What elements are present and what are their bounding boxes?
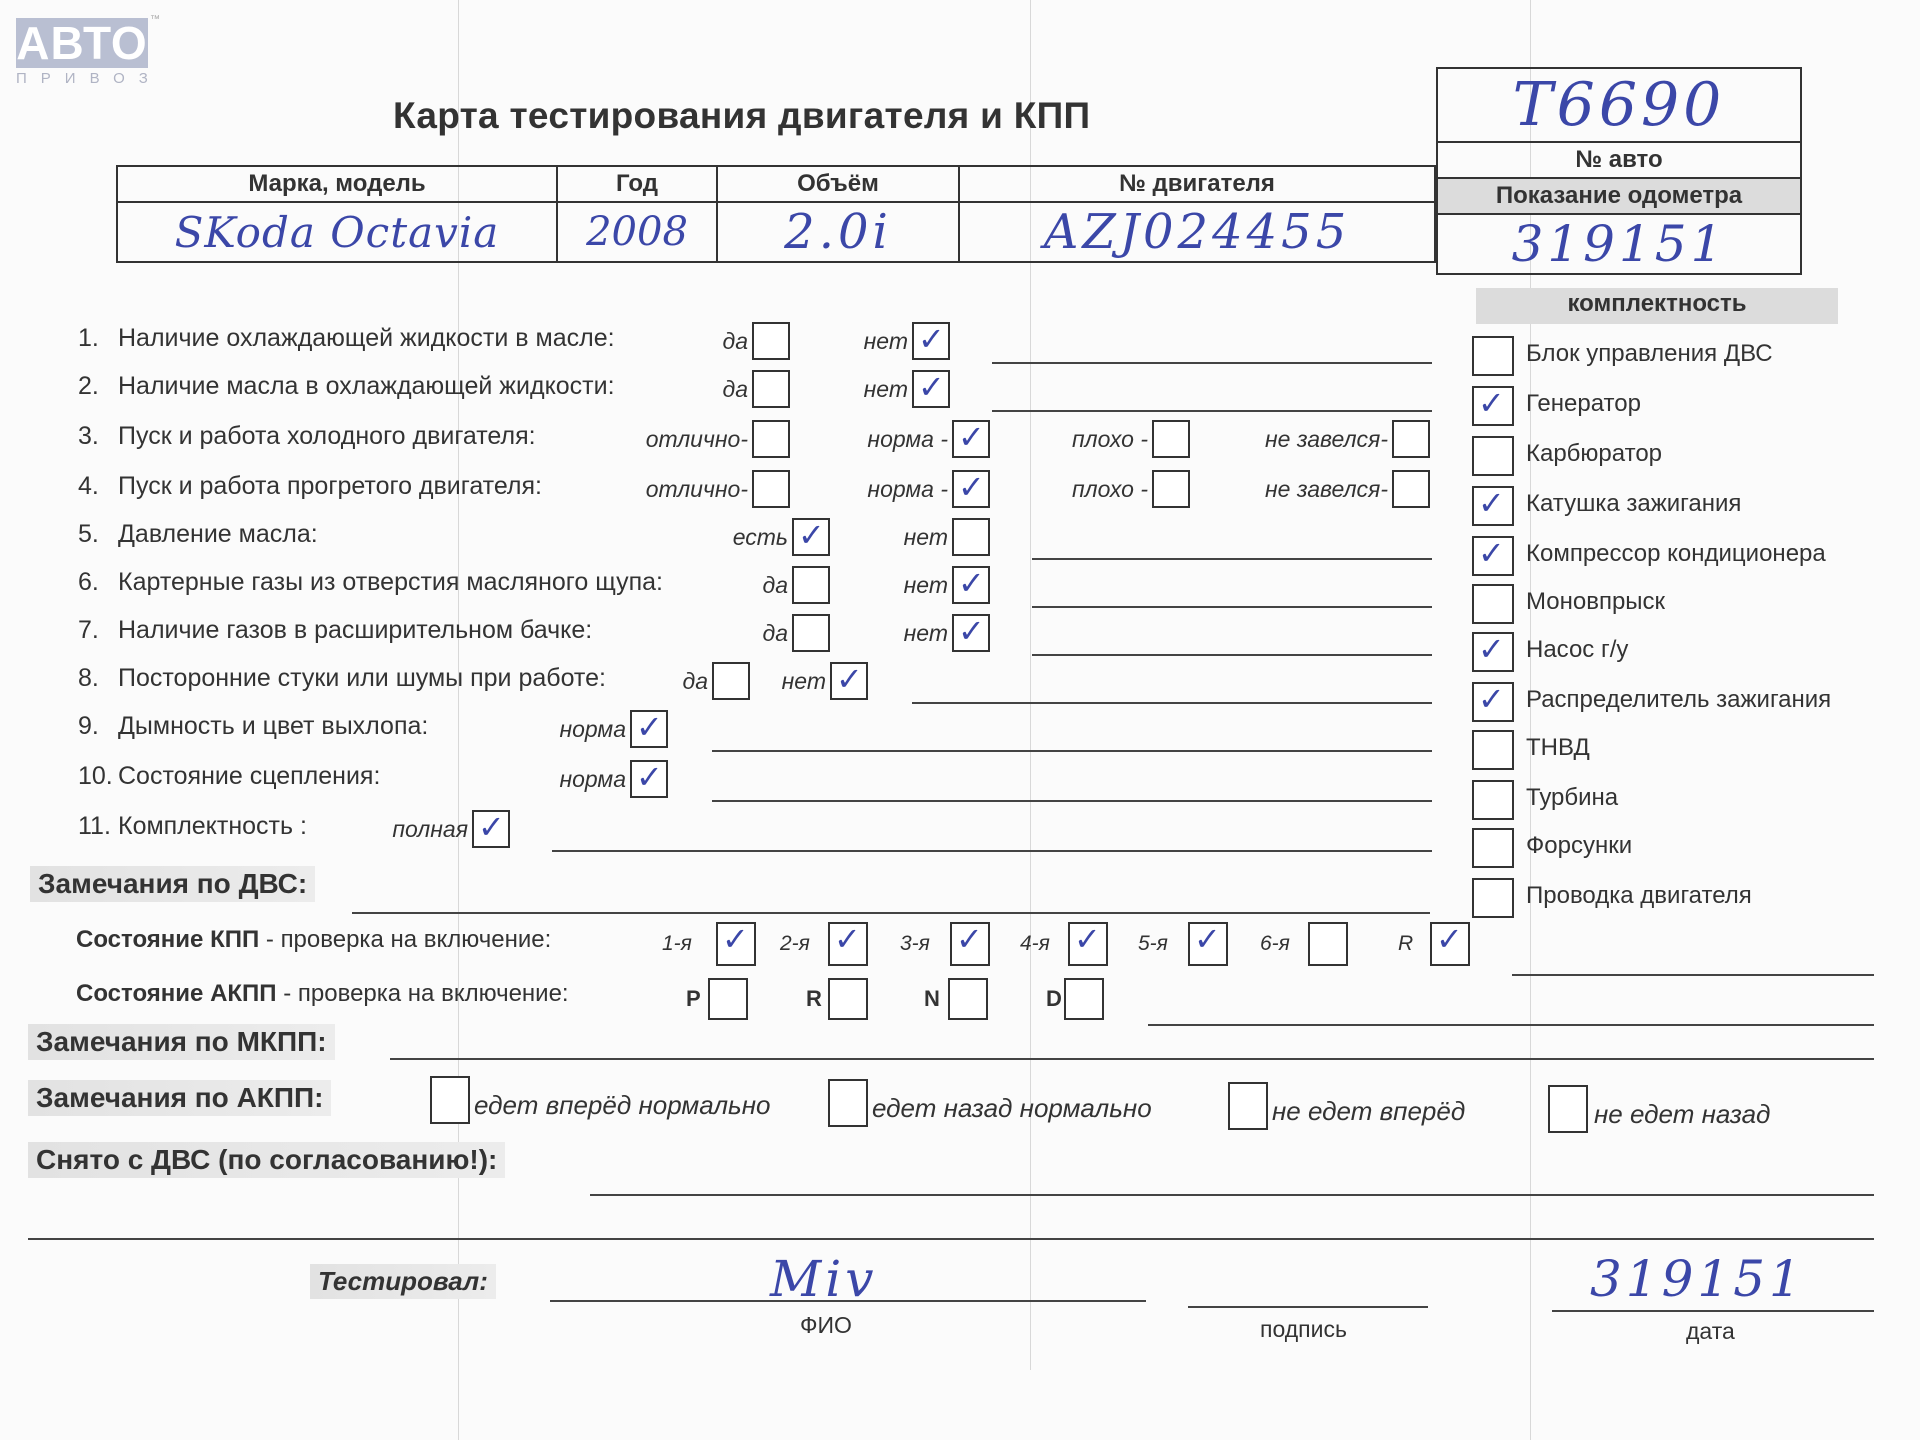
completeness-checkbox[interactable] [1472,632,1514,672]
check-notes-line[interactable] [712,800,1432,802]
option-checkbox[interactable] [630,760,668,798]
option-checkbox[interactable] [792,566,830,604]
odometer-value[interactable]: 319151 [1437,214,1801,274]
option-checkbox[interactable] [1152,420,1190,458]
akpp-remark-checkbox[interactable] [430,1076,470,1124]
option-checkbox[interactable] [792,614,830,652]
completeness-item-label: Форсунки [1526,832,1632,860]
check-notes-line[interactable] [912,702,1432,704]
completeness-item-label: Проводка двигателя [1526,882,1752,910]
option-label: нет [890,620,948,647]
option-label: норма - [852,476,948,503]
option-checkbox[interactable] [752,420,790,458]
gear-label: 5-я [1138,932,1168,956]
remarks-akpp-label: Замечания по АКПП: [28,1080,331,1116]
option-checkbox[interactable] [472,810,510,848]
gear-checkbox[interactable] [950,922,990,966]
check-text: Наличие охлаждающей жидкости в масле: [118,324,615,352]
option-checkbox[interactable] [792,518,830,556]
completeness-item-label: Моновпрыск [1526,588,1665,616]
check-label: 1.Наличие охлаждающей жидкости в масле: [78,324,615,353]
completeness-checkbox[interactable] [1472,780,1514,820]
option-checkbox[interactable] [952,566,990,604]
check-text: Пуск и работа холодного двигателя: [118,422,536,450]
signature-label: подпись [1260,1316,1347,1343]
engine-number-value[interactable]: AZJ024455 [959,202,1435,262]
akpp-remark-checkbox[interactable] [828,1079,868,1127]
option-label: норма [548,766,626,793]
option-label: плохо - [1058,426,1148,453]
odometer-label: Показание одометра [1437,178,1801,214]
check-text: Картерные газы из отверстия масляного щу… [118,568,663,596]
header-engine-number: № двигателя [959,166,1435,202]
check-number: 11. [78,812,118,841]
signature-line[interactable] [1188,1306,1428,1308]
option-label: отлично- [630,426,748,453]
option-checkbox[interactable] [952,518,990,556]
mode-label: R [806,986,822,1012]
akpp-remark-checkbox[interactable] [1228,1082,1268,1130]
gear-label: 6-я [1260,932,1290,956]
mode-checkbox[interactable] [1064,978,1104,1020]
volume-value[interactable]: 2.0i [717,202,959,262]
option-checkbox[interactable] [830,662,868,700]
gear-checkbox[interactable] [716,922,756,966]
option-checkbox[interactable] [752,470,790,508]
date-value[interactable]: 319151 [1590,1250,1805,1308]
completeness-checkbox[interactable] [1472,386,1514,426]
header-model: Марка, модель [117,166,557,202]
option-checkbox[interactable] [712,662,750,700]
check-number: 5. [78,520,118,549]
option-label: не завелся- [1244,476,1388,503]
tested-by-label: Тестировал: [310,1264,496,1299]
option-checkbox[interactable] [752,370,790,408]
removed-line[interactable] [590,1194,1874,1196]
check-number: 3. [78,422,118,451]
kpp-notes-line[interactable] [1512,974,1874,976]
removed-label: Снято с ДВС (по согласованию!): [28,1142,505,1178]
check-notes-line[interactable] [712,750,1432,752]
option-label: да [756,572,788,599]
option-label: да [756,620,788,647]
remarks-mkpp-line[interactable] [390,1058,1874,1060]
check-number: 1. [78,324,118,353]
check-label: 9.Дымность и цвет выхлопа: [78,712,428,741]
completeness-item-label: Генератор [1526,390,1641,418]
completeness-checkbox[interactable] [1472,436,1514,476]
completeness-checkbox[interactable] [1472,828,1514,868]
check-label: 4.Пуск и работа прогретого двигателя: [78,472,542,501]
akpp-notes-line[interactable] [1148,1024,1874,1026]
auto-box: T6690 № авто Показание одометра 319151 [1436,67,1802,275]
completeness-item-label: ТНВД [1526,734,1590,762]
akpp-label: Состояние АКПП - проверка на включение: [76,980,569,1008]
akpp-remark-label: не едет вперёд [1272,1096,1465,1127]
completeness-checkbox[interactable] [1472,336,1514,376]
option-label: да [716,376,748,403]
completeness-item-label: Турбина [1526,784,1618,812]
completeness-item-label: Компрессор кондиционера [1526,540,1826,568]
check-notes-line[interactable] [1032,606,1432,608]
gear-label: 2-я [780,932,810,956]
mode-checkbox[interactable] [948,978,988,1020]
check-notes-line[interactable] [552,850,1432,852]
gear-label: R [1398,932,1413,956]
vehicle-table: Марка, модель Год Объём № двигателя SKod… [116,165,1436,263]
option-checkbox[interactable] [952,614,990,652]
remarks-dvs-line[interactable] [352,912,1430,914]
gear-checkbox[interactable] [1188,922,1228,966]
gear-label: 3-я [900,932,930,956]
option-label: нет [772,668,826,695]
header-volume: Объём [717,166,959,202]
completeness-checkbox[interactable] [1472,878,1514,918]
check-text: Наличие масла в охлаждающей жидкости: [118,372,615,400]
option-label: да [716,328,748,355]
gear-checkbox[interactable] [1308,922,1348,966]
check-notes-line[interactable] [1032,558,1432,560]
check-text: Пуск и работа прогретого двигателя: [118,472,542,500]
remarks-dvs-label: Замечания по ДВС: [30,866,315,902]
check-label: 5.Давление масла: [78,520,318,549]
check-label: 6.Картерные газы из отверстия масляного … [78,568,663,597]
gear-checkbox[interactable] [828,922,868,966]
check-text: Посторонние стуки или шумы при работе: [118,664,606,692]
gear-checkbox[interactable] [1068,922,1108,966]
option-label: да [676,668,708,695]
check-number: 8. [78,664,118,693]
option-checkbox[interactable] [1152,470,1190,508]
mode-checkbox[interactable] [708,978,748,1020]
option-label: не завелся- [1244,426,1388,453]
mode-label: D [1046,986,1062,1012]
completeness-checkbox[interactable] [1472,486,1514,526]
check-text: Давление масла: [118,520,318,548]
brand-subtitle: ПРИВОЗ [16,70,162,87]
completeness-checkbox[interactable] [1472,536,1514,576]
check-text: Комплектность : [118,812,307,840]
check-label: 10.Состояние сцепления: [78,762,380,791]
year-value[interactable]: 2008 [557,202,717,262]
check-number: 7. [78,616,118,645]
fio-line[interactable] [550,1300,1146,1302]
option-label: полная [376,816,468,843]
mode-label: P [686,986,701,1012]
auto-number-label: № авто [1437,142,1801,178]
check-notes-line[interactable] [992,362,1432,364]
mode-checkbox[interactable] [828,978,868,1020]
auto-number-value[interactable]: T6690 [1437,68,1801,142]
completeness-item-label: Блок управления ДВС [1526,340,1773,368]
option-checkbox[interactable] [1392,420,1430,458]
akpp-remark-label: не едет назад [1594,1099,1770,1130]
completeness-item-label: Насос г/у [1526,636,1628,664]
option-checkbox[interactable] [630,710,668,748]
check-number: 6. [78,568,118,597]
fio-label: ФИО [800,1312,852,1339]
gear-label: 1-я [662,932,692,956]
gear-label: 4-я [1020,932,1050,956]
option-label: нет [850,328,908,355]
check-notes-line[interactable] [992,410,1432,412]
check-label: 2.Наличие масла в охлаждающей жидкости: [78,372,615,401]
kpp-label: Состояние КПП - проверка на включение: [76,926,551,954]
akpp-remark-label: едет назад нормально [872,1093,1152,1124]
akpp-remark-label: едет вперёд нормально [474,1090,770,1121]
date-line[interactable] [1552,1310,1874,1312]
akpp-label-rest: - проверка на включение: [277,980,569,1007]
gear-checkbox[interactable] [1430,922,1470,966]
option-label: нет [890,572,948,599]
option-label: плохо - [1058,476,1148,503]
option-label: норма [548,716,626,743]
option-label: есть [720,524,788,551]
akpp-label-bold: Состояние АКПП [76,980,277,1007]
option-checkbox[interactable] [952,470,990,508]
check-number: 2. [78,372,118,401]
mode-label: N [924,986,940,1012]
completeness-item-label: Катушка зажигания [1526,490,1741,518]
option-checkbox[interactable] [1392,470,1430,508]
completeness-checkbox[interactable] [1472,584,1514,624]
check-label: 8.Посторонние стуки или шумы при работе: [78,664,606,693]
option-label: нет [850,376,908,403]
completeness-checkbox[interactable] [1472,730,1514,770]
check-notes-line[interactable] [1032,654,1432,656]
check-number: 4. [78,472,118,501]
completeness-item-label: Распределитель зажигания [1526,686,1831,714]
check-label: 7.Наличие газов в расширительном бачке: [78,616,592,645]
option-checkbox[interactable] [752,322,790,360]
option-checkbox[interactable] [912,370,950,408]
check-label: 11.Комплектность : [78,812,307,841]
header-year: Год [557,166,717,202]
brand-logo: АВТО [16,18,148,68]
remarks-mkpp-label: Замечания по МКПП: [28,1024,335,1060]
kpp-label-rest: - проверка на включение: [259,926,551,953]
option-label: отлично- [630,476,748,503]
completeness-checkbox[interactable] [1472,682,1514,722]
date-label: дата [1686,1318,1735,1345]
trademark: ™ [150,14,160,25]
completeness-item-label: Карбюратор [1526,440,1662,468]
removed-line-2[interactable] [28,1238,1874,1240]
check-text: Наличие газов в расширительном бачке: [118,616,592,644]
check-label: 3.Пуск и работа холодного двигателя: [78,422,536,451]
check-number: 9. [78,712,118,741]
kpp-label-bold: Состояние КПП [76,926,259,953]
page-title: Карта тестирования двигателя и КПП [393,95,1090,137]
option-checkbox[interactable] [912,322,950,360]
akpp-remark-checkbox[interactable] [1548,1085,1588,1133]
check-text: Дымность и цвет выхлопа: [118,712,428,740]
option-label: норма - [852,426,948,453]
option-checkbox[interactable] [952,420,990,458]
completeness-title: комплектность [1476,290,1838,318]
model-value[interactable]: SKoda Octavia [117,202,557,262]
check-number: 10. [78,762,118,791]
option-label: нет [890,524,948,551]
check-text: Состояние сцепления: [118,762,380,790]
